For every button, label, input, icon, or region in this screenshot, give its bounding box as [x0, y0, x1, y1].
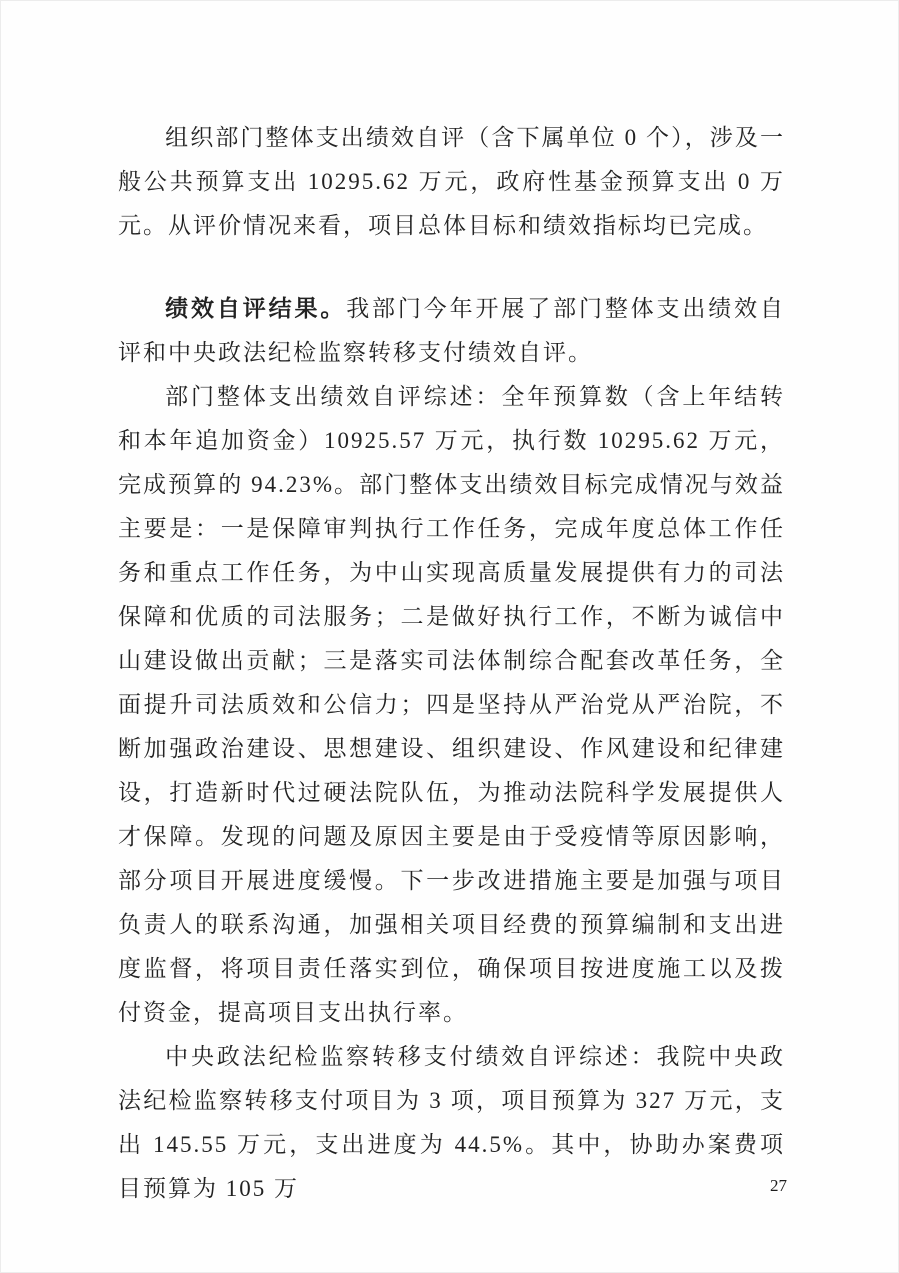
paragraph-central-transfer-summary: 中央政法纪检监察转移支付绩效自评综述：我院中央政法纪检监察转移支付项目为 3 项…: [118, 1035, 785, 1211]
document-page: 组织部门整体支出绩效自评（含下属单位 0 个），涉及一般公共预算支出 10295…: [0, 0, 899, 1273]
paragraph-dept-overall-summary: 部门整体支出绩效自评综述：全年预算数（含上年结转和本年追加资金）10925.57…: [118, 375, 785, 1035]
page-number: 27: [770, 1176, 787, 1196]
paragraph-org-dept-self-eval: 组织部门整体支出绩效自评（含下属单位 0 个），涉及一般公共预算支出 10295…: [118, 116, 785, 248]
blank-line-separator: [118, 248, 785, 287]
self-eval-result-heading: 绩效自评结果。: [165, 296, 346, 321]
paragraph-self-eval-result: 绩效自评结果。我部门今年开展了部门整体支出绩效自评和中央政法纪检监察转移支付绩效…: [118, 287, 785, 375]
document-body: 组织部门整体支出绩效自评（含下属单位 0 个），涉及一般公共预算支出 10295…: [118, 116, 785, 1211]
